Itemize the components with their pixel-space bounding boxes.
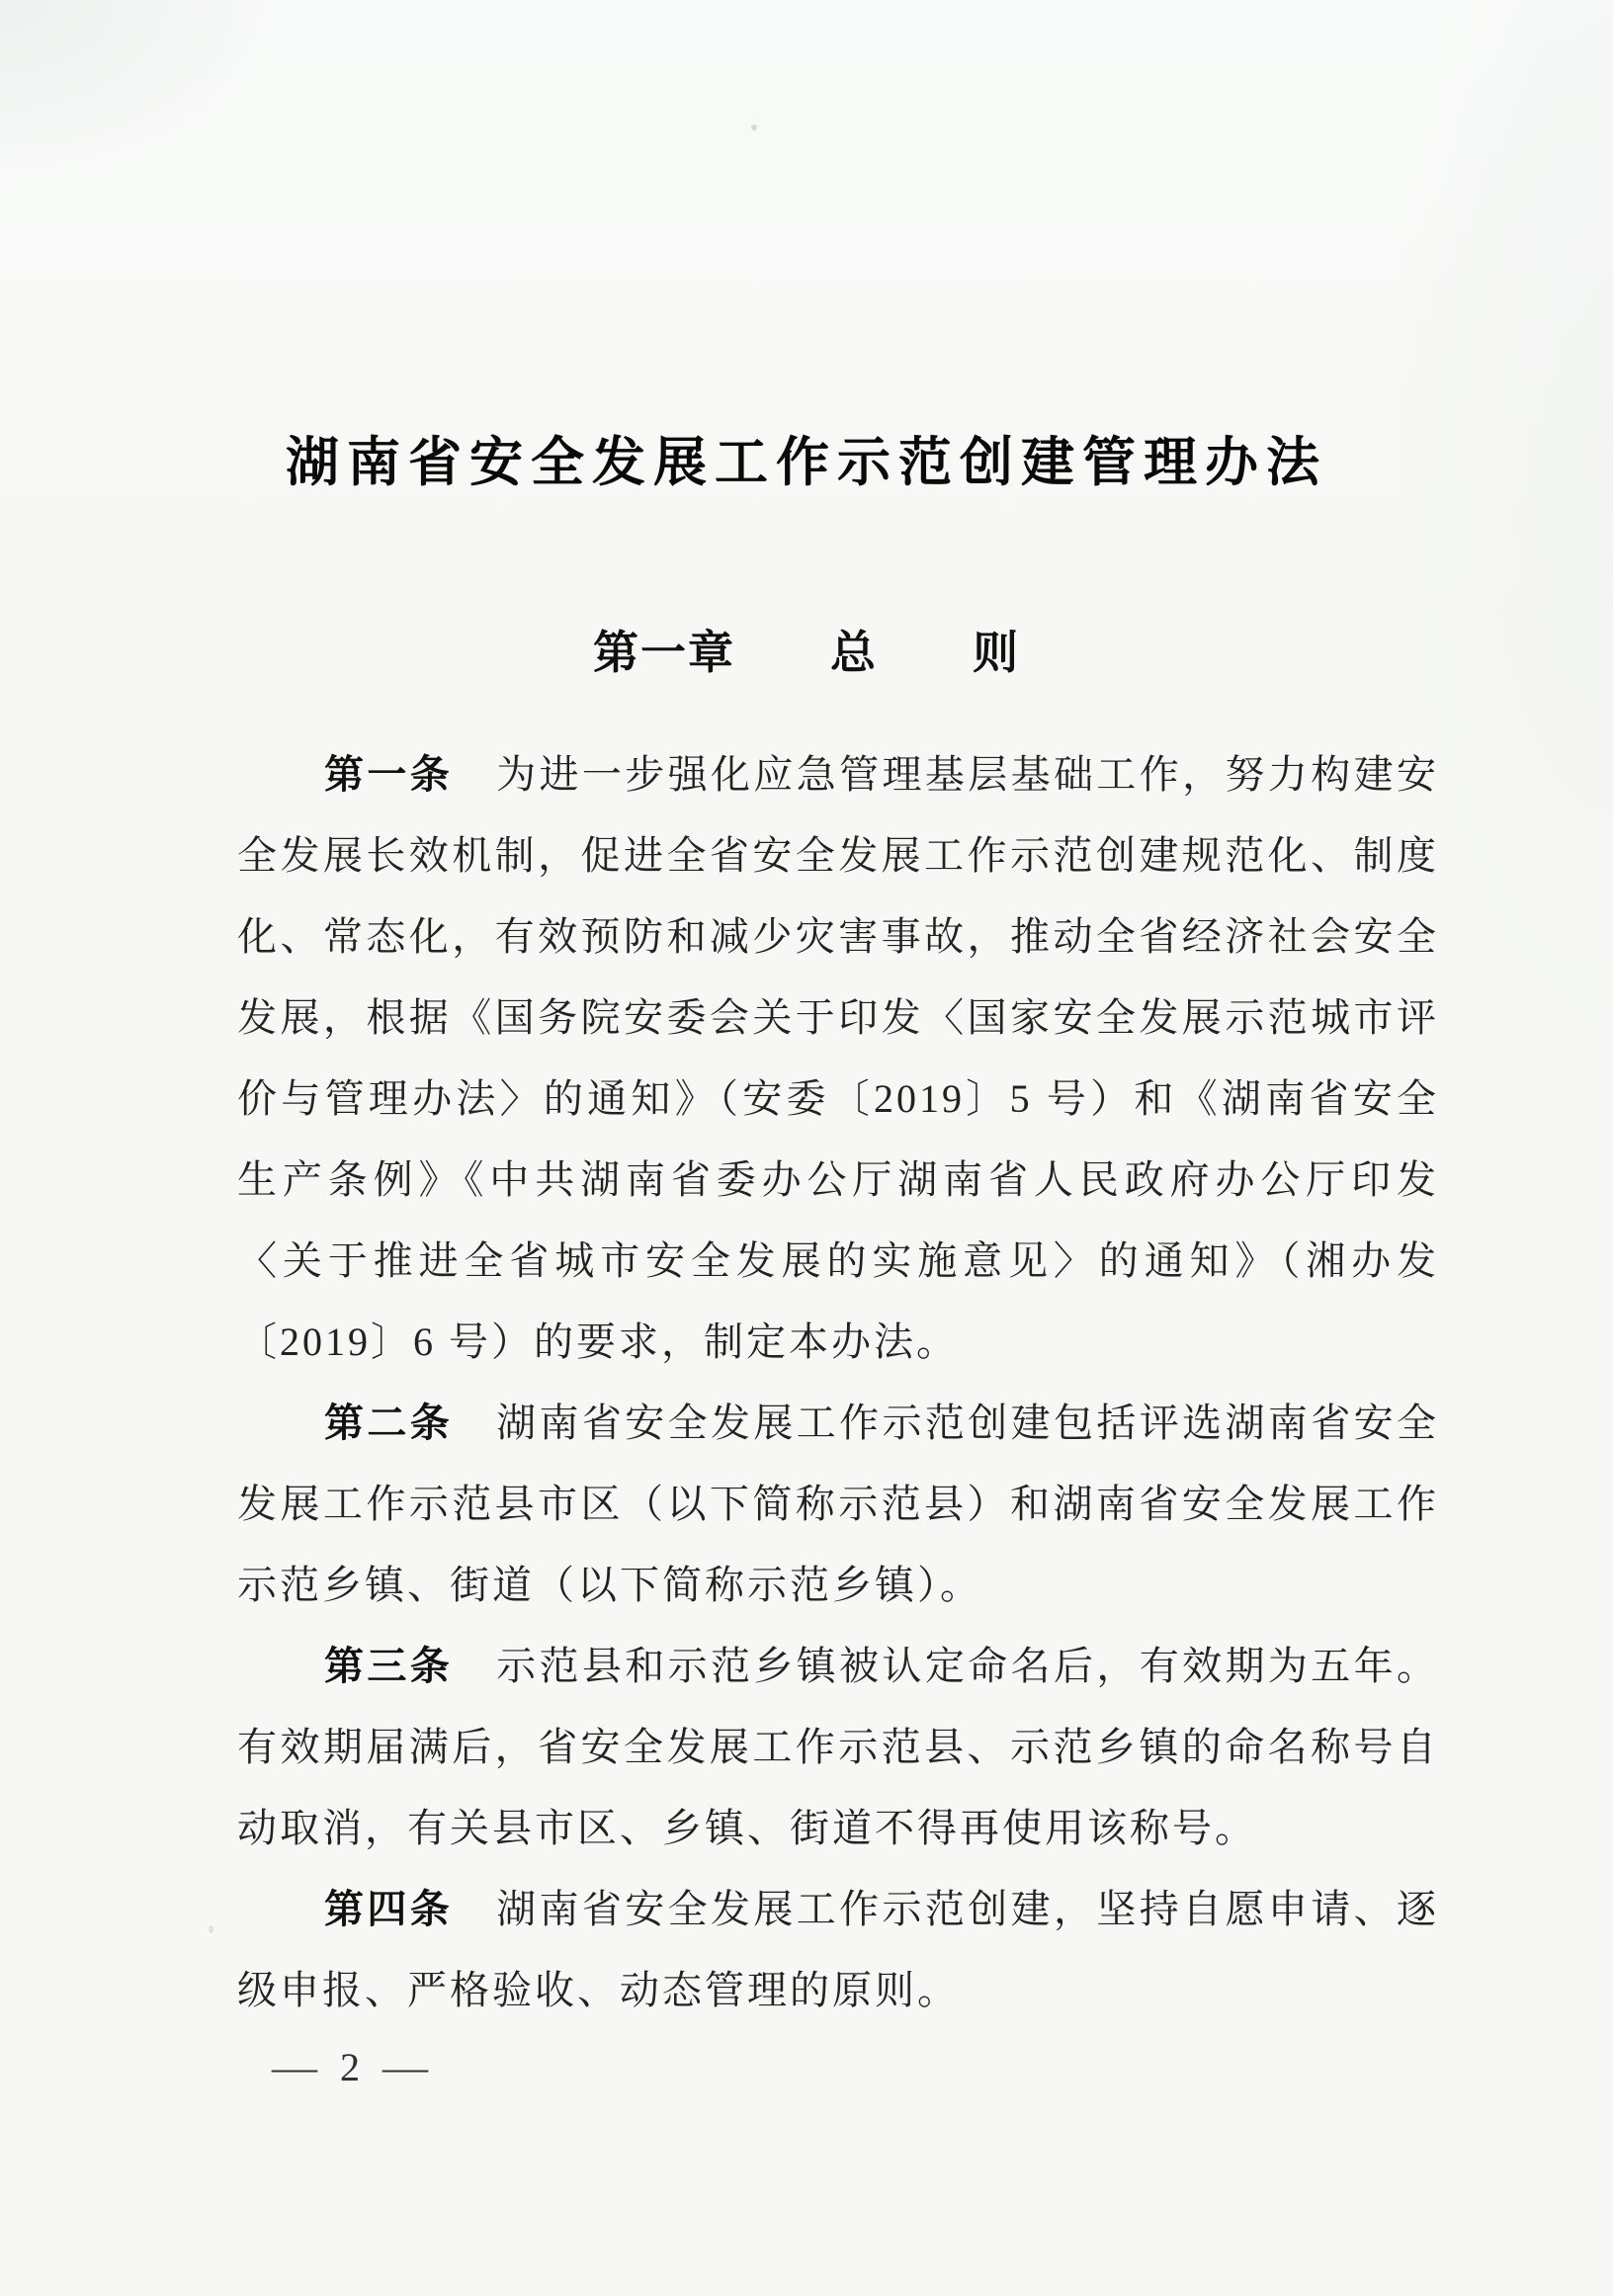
line-text: 全发展长效机制，促进全省安全发展工作示范创建规范化、制度 xyxy=(237,833,1439,878)
text-line: 全发展长效机制，促进全省安全发展工作示范创建规范化、制度 xyxy=(237,815,1439,896)
text-line: 第四条湖南省安全发展工作示范创建，坚持自愿申请、逐 xyxy=(237,1869,1439,1950)
line-text: 价与管理办法〉的通知》（安委〔2019〕5 号）和《湖南省安全 xyxy=(237,1076,1439,1121)
text-line: 发展，根据《国务院安委会关于印发〈国家安全发展示范城市评 xyxy=(237,978,1439,1059)
line-text: 湖南省安全发展工作示范创建包括评选湖南省安全 xyxy=(496,1401,1439,1445)
article-label: 第一条 xyxy=(324,753,453,797)
page-number: 2 xyxy=(340,2044,360,2090)
text-line: 〔2019〕6 号）的要求，制定本办法。 xyxy=(237,1302,1439,1383)
text-line: 有效期届满后，省安全发展工作示范县、示范乡镇的命名称号自 xyxy=(237,1707,1439,1788)
scan-speck xyxy=(751,125,757,130)
line-text: 示范乡镇、街道（以下简称示范乡镇）。 xyxy=(237,1563,982,1607)
article-label: 第二条 xyxy=(324,1402,453,1445)
line-text: 为进一步强化应急管理基层基础工作，努力构建安 xyxy=(496,752,1439,797)
footer-left-dash: — xyxy=(272,2044,317,2090)
line-text: 发展，根据《国务院安委会关于印发〈国家安全发展示范城市评 xyxy=(237,995,1439,1040)
text-line: 动取消，有关县市区、乡镇、街道不得再使用该称号。 xyxy=(237,1788,1439,1869)
text-line: 级申报、严格验收、动态管理的原则。 xyxy=(237,1950,1439,2031)
line-text: 化、常态化，有效预防和减少灾害事故，推动全省经济社会安全 xyxy=(237,914,1439,959)
document-body: 第一条为进一步强化应急管理基层基础工作，努力构建安全发展长效机制，促进全省安全发… xyxy=(237,734,1439,2031)
footer-right-dash: — xyxy=(382,2044,428,2090)
text-line: 第一条为进一步强化应急管理基层基础工作，努力构建安 xyxy=(237,734,1439,815)
scanned-document-page: 湖南省安全发展工作示范创建管理办法 第一章 总 则 第一条为进一步强化应急管理基… xyxy=(0,0,1613,2296)
line-text: 〔2019〕6 号）的要求，制定本办法。 xyxy=(237,1319,959,1364)
text-line: 第三条示范县和示范乡镇被认定命名后，有效期为五年。 xyxy=(237,1626,1439,1707)
text-line: 发展工作示范县市区（以下简称示范县）和湖南省安全发展工作 xyxy=(237,1464,1439,1545)
page-footer: — 2 — xyxy=(275,2044,425,2090)
line-text: 生产条例》《中共湖南省委办公厅湖南省人民政府办公厅印发 xyxy=(237,1157,1439,1202)
line-text: 示范县和示范乡镇被认定命名后，有效期为五年。 xyxy=(496,1644,1439,1688)
scan-speck xyxy=(209,1925,213,1933)
line-text: 有效期届满后，省安全发展工作示范县、示范乡镇的命名称号自 xyxy=(237,1725,1439,1769)
text-line: 生产条例》《中共湖南省委办公厅湖南省人民政府办公厅印发 xyxy=(237,1140,1439,1221)
line-text: 发展工作示范县市区（以下简称示范县）和湖南省安全发展工作 xyxy=(237,1482,1439,1526)
line-text: 〈关于推进全省城市安全发展的实施意见〉的通知》（湘办发 xyxy=(237,1238,1439,1283)
text-line: 示范乡镇、街道（以下简称示范乡镇）。 xyxy=(237,1545,1439,1626)
text-line: 价与管理办法〉的通知》（安委〔2019〕5 号）和《湖南省安全 xyxy=(237,1059,1439,1140)
line-text: 级申报、严格验收、动态管理的原则。 xyxy=(237,1968,960,2012)
line-text: 湖南省安全发展工作示范创建，坚持自愿申请、逐 xyxy=(496,1887,1439,1931)
document-title: 湖南省安全发展工作示范创建管理办法 xyxy=(0,433,1613,492)
article-label: 第三条 xyxy=(324,1645,453,1688)
article-label: 第四条 xyxy=(324,1888,453,1931)
text-line: 化、常态化，有效预防和减少灾害事故，推动全省经济社会安全 xyxy=(237,896,1439,978)
line-text: 动取消，有关县市区、乡镇、街道不得再使用该称号。 xyxy=(237,1806,1257,1850)
text-line: 〈关于推进全省城市安全发展的实施意见〉的通知》（湘办发 xyxy=(237,1221,1439,1302)
text-line: 第二条湖南省安全发展工作示范创建包括评选湖南省安全 xyxy=(237,1383,1439,1464)
chapter-heading: 第一章 总 则 xyxy=(0,627,1613,678)
